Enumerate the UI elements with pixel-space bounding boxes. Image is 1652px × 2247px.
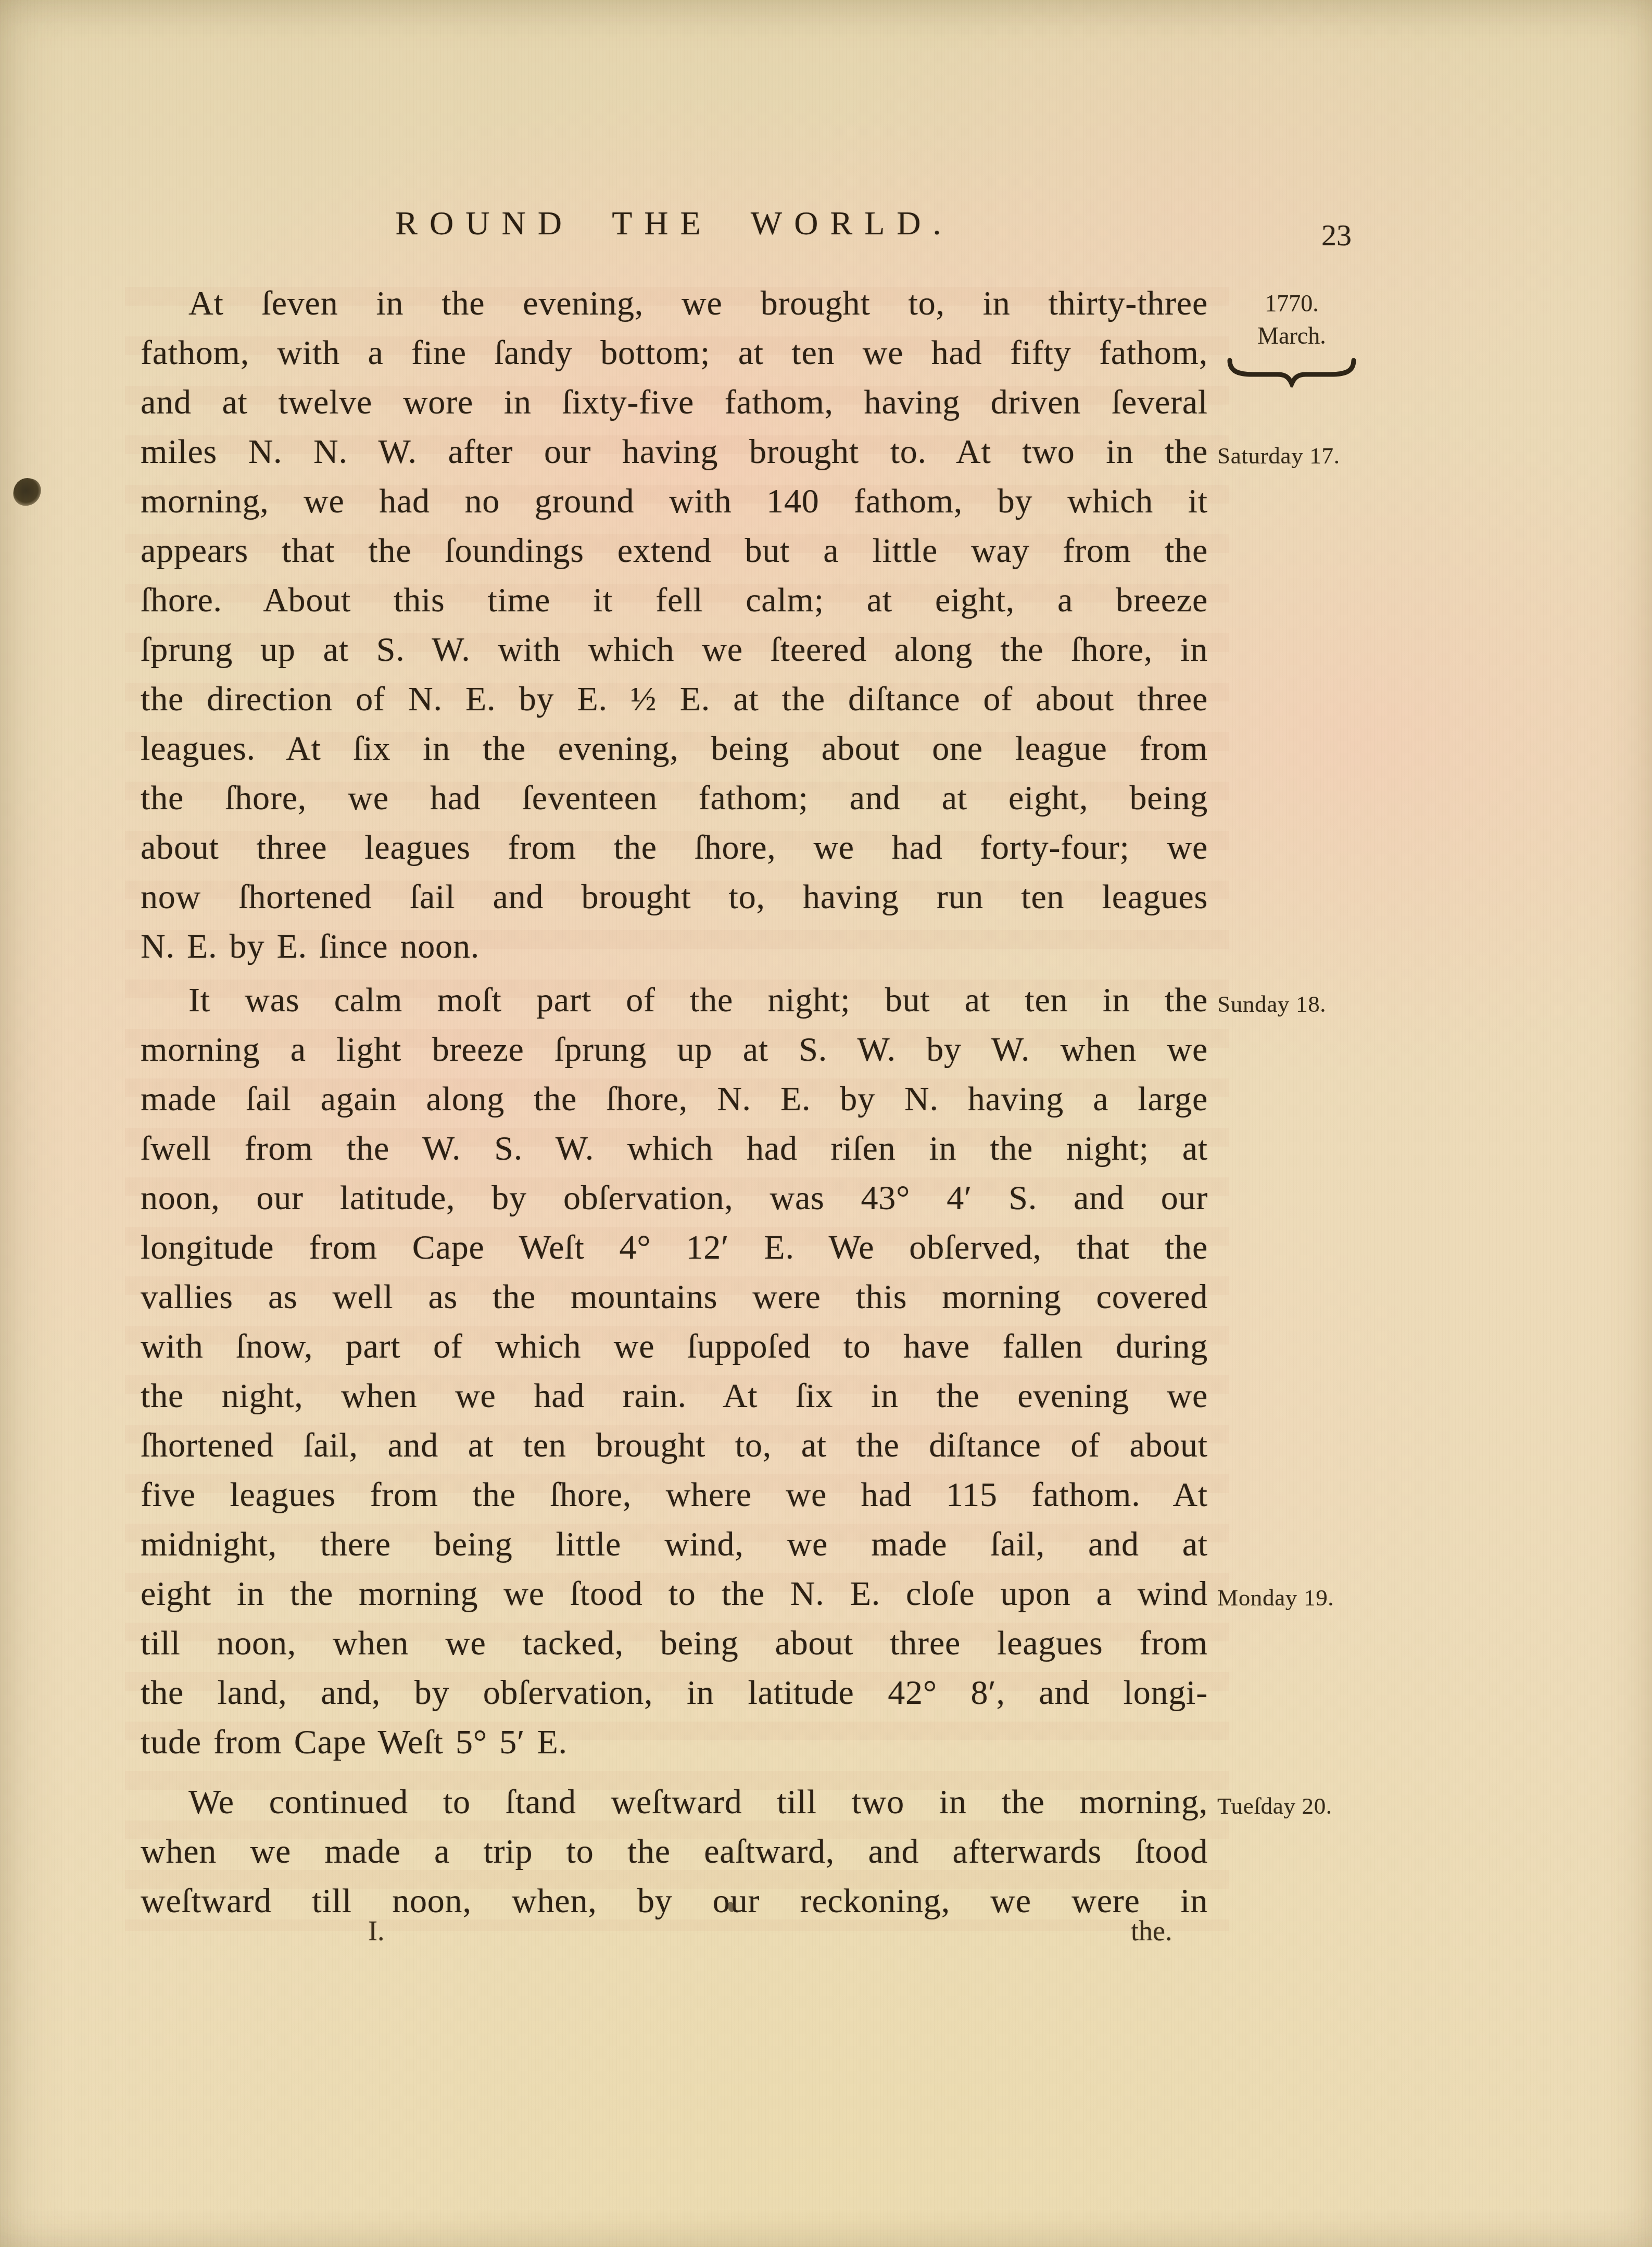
margin-note: Monday 19. [1217,1573,1334,1623]
text-line: ſhortened ſail, and at ten brought to, a… [141,1421,1208,1470]
text-line: vallies as well as the mountains were th… [141,1272,1208,1322]
text-line: tude from Cape Weſt 5° 5′ E. [141,1717,1208,1767]
margin-note: Tueſday 20. [1217,1781,1332,1831]
text-line: morning, we had no ground with 140 fatho… [141,476,1208,526]
text-line: miles N. N. W. after our having brought … [141,427,1208,476]
text-line: eight in the morning we ſtood to the N. … [141,1569,1208,1618]
book-page: ROUND THE WORLD. 23 At ſeven in the even… [0,0,1652,2247]
text-line: about three leagues from the ſhore, we h… [141,823,1208,872]
text-line: N. E. by E. ſince noon. [141,922,1208,971]
text-line: ſhore. About this time it fell calm; at … [141,575,1208,625]
text-line: We continued to ſtand weſtward till two … [141,1777,1208,1827]
text-line: fathom, with a fine ſandy bottom; at ten… [141,328,1208,378]
text-line: made ſail again along the ſhore, N. E. b… [141,1074,1208,1124]
text-line: when we made a trip to the eaſtward, and… [141,1827,1208,1876]
text-line: leagues. At ſix in the evening, being ab… [141,724,1208,773]
text-line: noon, our latitude, by obſervation, was … [141,1173,1208,1223]
ink-spot-blemish [11,475,43,509]
text-line: with ſnow, part of which we ſuppoſed to … [141,1322,1208,1371]
text-line: It was calm moſt part of the night; but … [141,975,1208,1025]
text-line: ſprung up at S. W. with which we ſteered… [141,625,1208,674]
text-line: appears that the ſoundings extend but a … [141,526,1208,575]
text-line: the land, and, by obſervation, in latitu… [141,1668,1208,1717]
text-line: midnight, there being little wind, we ma… [141,1520,1208,1569]
catchword: the. [1131,1914,1172,1948]
text-line: weſtward till noon, when, by our reckoni… [141,1876,1208,1926]
text-line: five leagues from the ſhore, where we ha… [141,1470,1208,1520]
text-line: and at twelve wore in ſixty-five fathom,… [141,378,1208,427]
text-line: the direction of N. E. by E. ½ E. at the… [141,674,1208,724]
text-line: morning a light breeze ſprung up at S. W… [141,1025,1208,1074]
text-line: ſwell from the W. S. W. which had riſen … [141,1124,1208,1173]
margin-date: 1770. March. [1225,287,1359,387]
margin-note: Saturday 17. [1217,431,1340,481]
margin-note: Sunday 18. [1217,980,1326,1029]
text-line: the ſhore, we had ſeventeen fathom; and … [141,773,1208,823]
text-line: the night, when we had rain. At ſix in t… [141,1371,1208,1421]
page-header: ROUND THE WORLD. [141,204,1208,243]
text-block: At ſeven in the evening, we brought to, … [141,279,1208,1926]
margin-month: March. [1225,320,1359,352]
text-line: longitude from Cape Weſt 4° 12′ E. We ob… [141,1223,1208,1272]
signature-mark: I. [368,1914,384,1948]
running-title: ROUND THE WORLD. [141,204,1208,243]
text-line: At ſeven in the evening, we brought to, … [141,279,1208,328]
margin-year: 1770. [1225,287,1359,320]
page-number: 23 [1321,218,1352,253]
month-brace-icon [1227,357,1357,387]
text-line: till noon, when we tacked, being about t… [141,1618,1208,1668]
text-line: now ſhortened ſail and brought to, havin… [141,872,1208,922]
